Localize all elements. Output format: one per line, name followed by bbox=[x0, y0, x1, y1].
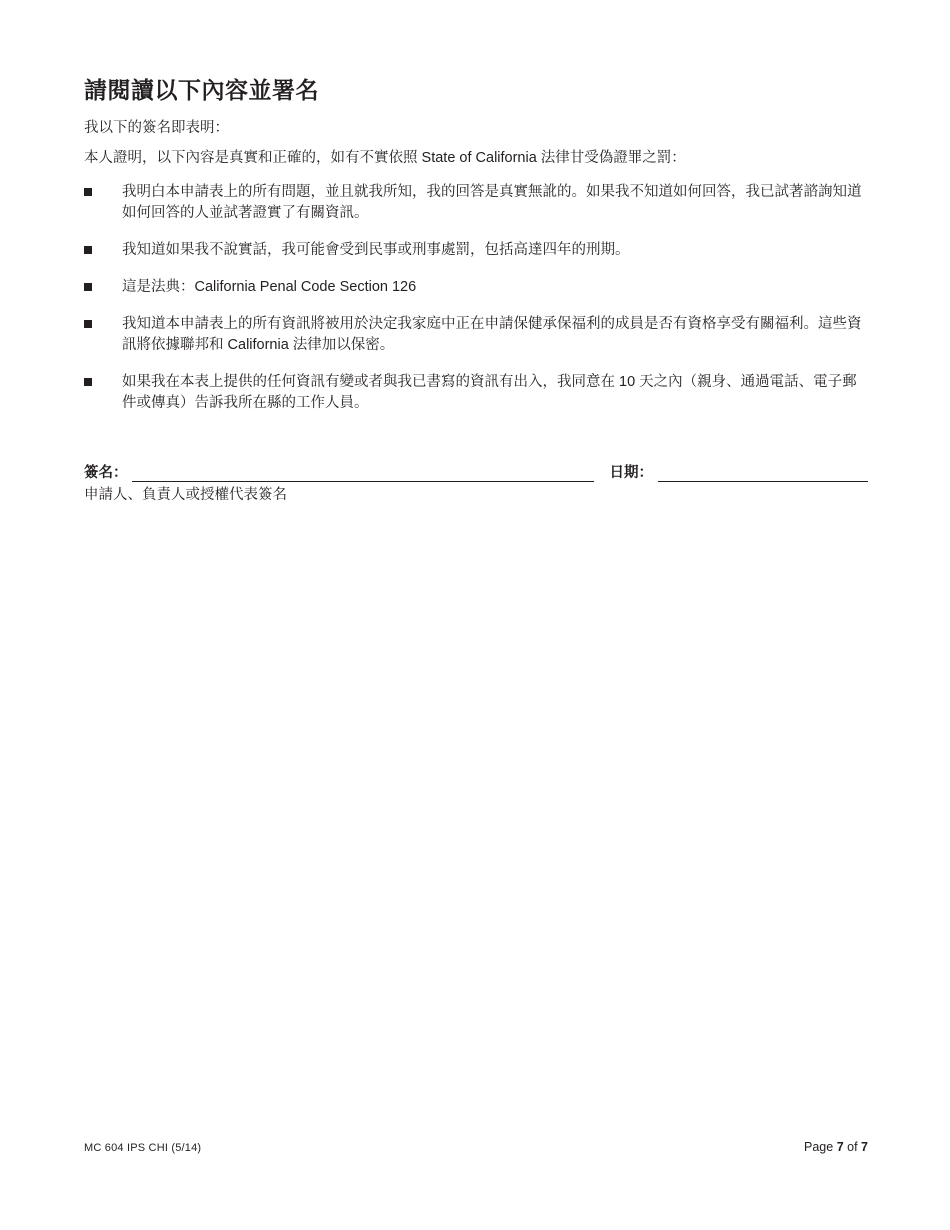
list-item: 我知道本申請表上的所有資訊將被用於決定我家庭中正在申請保健承保福利的成員是否有資… bbox=[84, 314, 868, 356]
of-word: of bbox=[847, 1140, 857, 1154]
square-bullet-icon bbox=[84, 283, 92, 291]
page-number-indicator: Page 7 of 7 bbox=[804, 1140, 868, 1154]
signature-row: 簽名： 日期： bbox=[84, 464, 868, 482]
list-item: 如果我在本表上提供的任何資訊有變或者與我已書寫的資訊有出入，我同意在 10 天之… bbox=[84, 372, 868, 414]
bullet-text: 如果我在本表上提供的任何資訊有變或者與我已書寫的資訊有出入，我同意在 10 天之… bbox=[122, 372, 868, 414]
bullet-text: 我明白本申請表上的所有問題，並且就我所知，我的回答是真實無訛的。如果我不知道如何… bbox=[122, 182, 868, 224]
page-current: 7 bbox=[837, 1140, 844, 1154]
page-title: 請閱讀以下內容並署名 bbox=[84, 76, 868, 105]
signature-label: 簽名： bbox=[84, 464, 128, 482]
page-footer: MC 604 IPS CHI (5/14) Page 7 of 7 bbox=[84, 1140, 868, 1154]
square-bullet-icon bbox=[84, 188, 92, 196]
document-page: 請閱讀以下內容並署名 我以下的簽名即表明： 本人證明，以下內容是真實和正確的，如… bbox=[0, 0, 950, 1230]
square-bullet-icon bbox=[84, 320, 92, 328]
date-line-field[interactable] bbox=[658, 465, 868, 482]
intro-text: 我以下的簽名即表明： bbox=[84, 118, 868, 139]
bullet-text: 我知道本申請表上的所有資訊將被用於決定我家庭中正在申請保健承保福利的成員是否有資… bbox=[122, 314, 868, 356]
square-bullet-icon bbox=[84, 378, 92, 386]
list-item: 我知道如果我不說實話，我可能會受到民事或刑事處罰，包括高達四年的刑期。 bbox=[84, 240, 868, 261]
form-number: MC 604 IPS CHI (5/14) bbox=[84, 1142, 201, 1154]
signature-caption: 申請人、負責人或授權代表簽名 bbox=[84, 485, 868, 506]
list-item: 我明白本申請表上的所有問題，並且就我所知，我的回答是真實無訛的。如果我不知道如何… bbox=[84, 182, 868, 224]
page-word: Page bbox=[804, 1140, 833, 1154]
page-total: 7 bbox=[861, 1140, 868, 1154]
date-label: 日期： bbox=[610, 464, 654, 482]
bullet-text: 我知道如果我不說實話，我可能會受到民事或刑事處罰，包括高達四年的刑期。 bbox=[122, 240, 868, 261]
list-item: 這是法典：California Penal Code Section 126 bbox=[84, 277, 868, 298]
certification-statement: 本人證明，以下內容是真實和正確的，如有不實依照 State of Califor… bbox=[84, 148, 868, 169]
certification-bullet-list: 我明白本申請表上的所有問題，並且就我所知，我的回答是真實無訛的。如果我不知道如何… bbox=[84, 182, 868, 414]
bullet-text: 這是法典：California Penal Code Section 126 bbox=[122, 277, 868, 298]
signature-line-field[interactable] bbox=[132, 465, 594, 482]
square-bullet-icon bbox=[84, 246, 92, 254]
